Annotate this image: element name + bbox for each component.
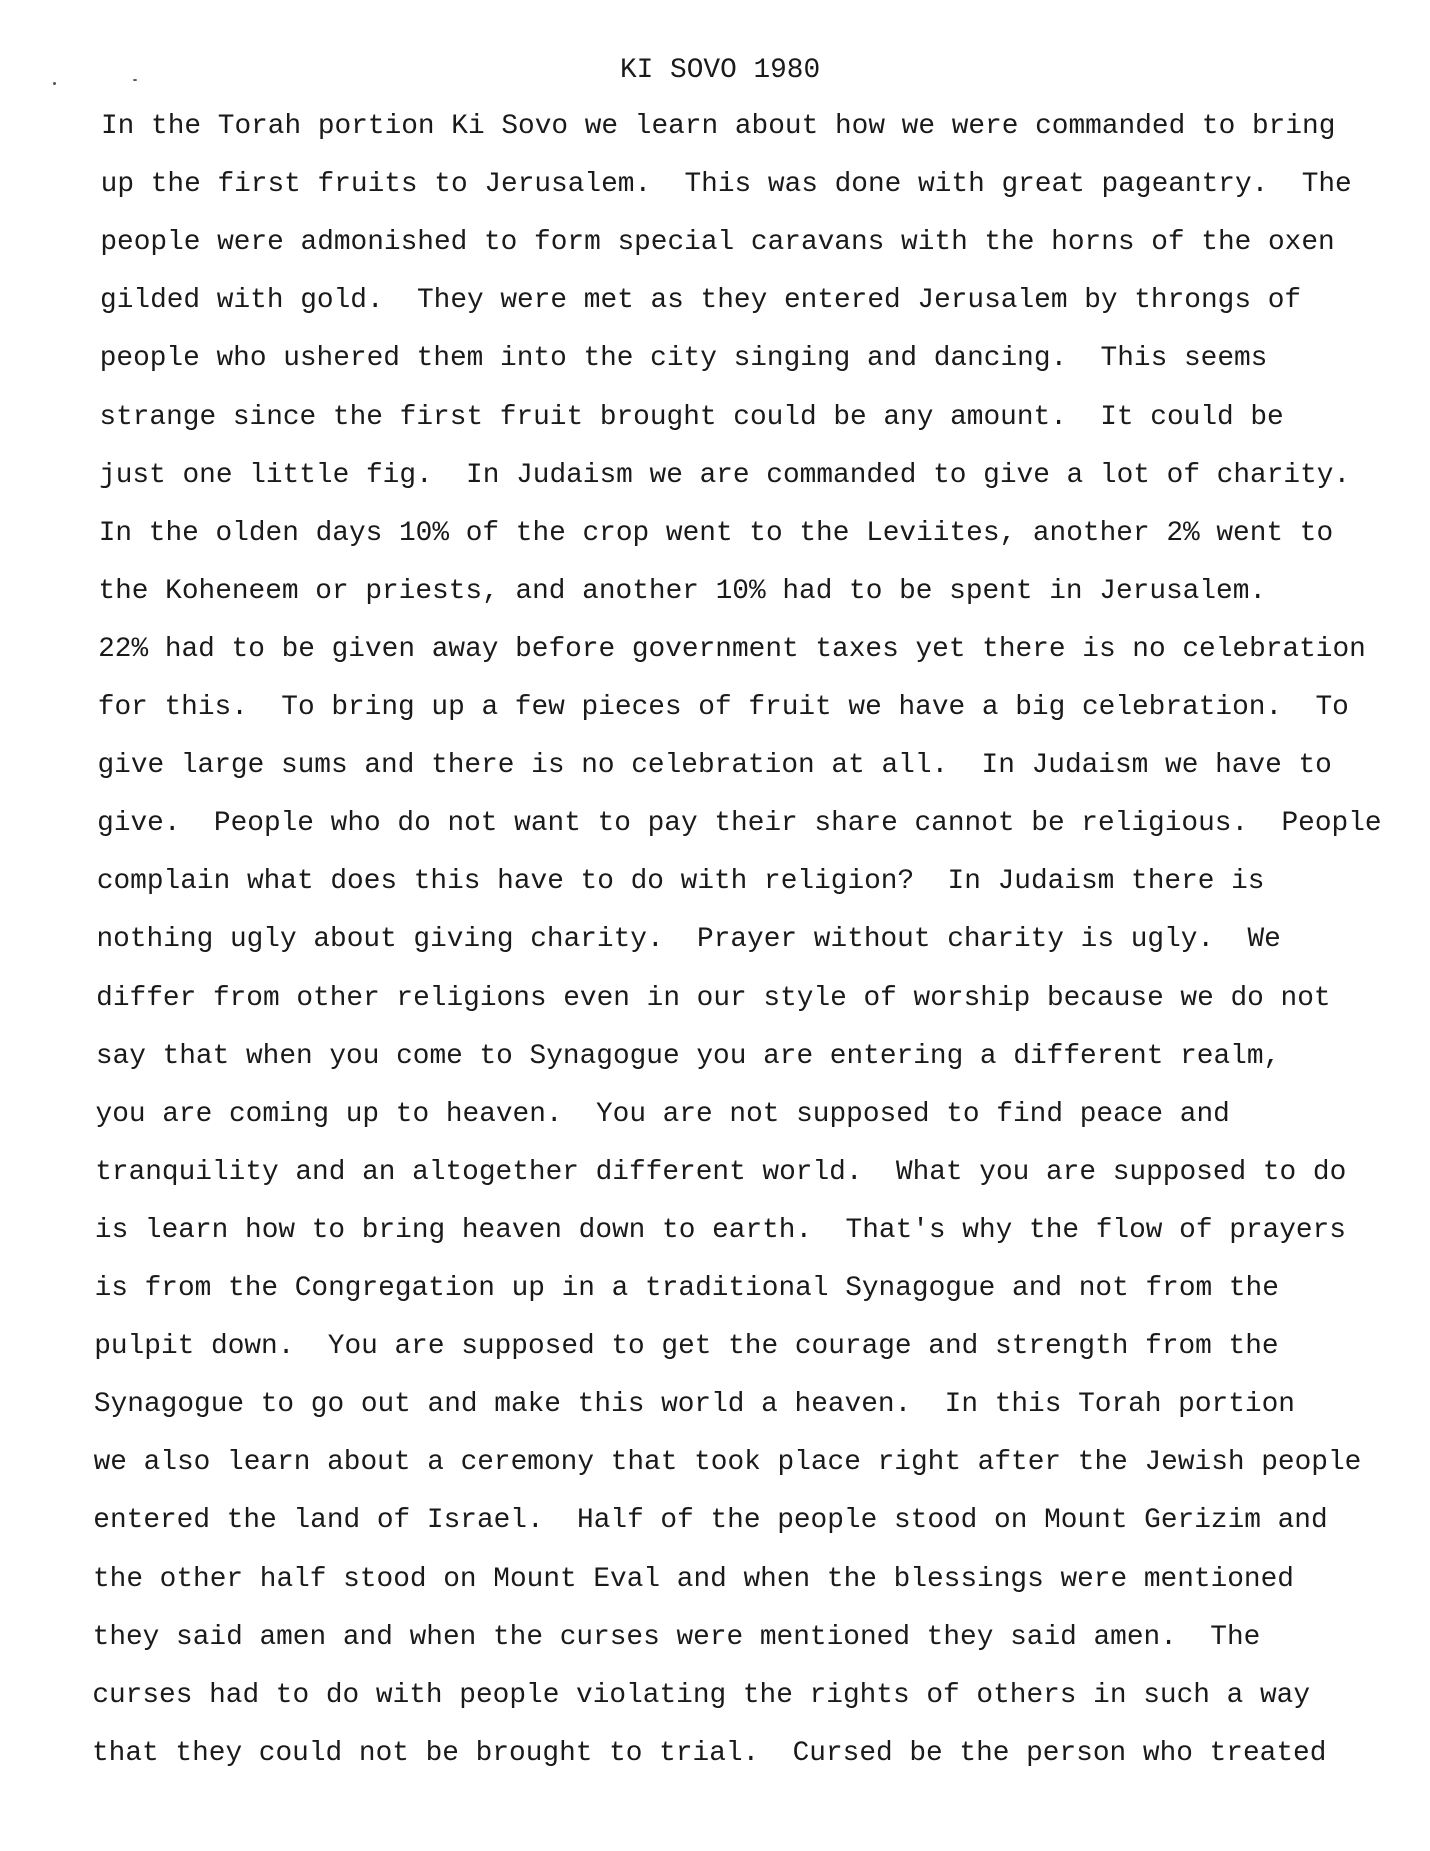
- text-line: gilded with gold. They were met as they …: [100, 287, 1301, 315]
- text-line: just one little fig. In Judaism we are c…: [99, 462, 1350, 490]
- text-line: say that when you come to Synagogue you …: [96, 1043, 1280, 1071]
- text-line: that they could not be brought to trial.…: [92, 1740, 1326, 1768]
- text-line: for this. To bring up a few pieces of fr…: [98, 694, 1349, 722]
- text-line: entered the land of Israel. Half of the …: [93, 1507, 1327, 1535]
- text-line: complain what does this have to do with …: [97, 868, 1265, 896]
- text-line: 22% had to be given away before governme…: [98, 636, 1366, 664]
- text-line: the Koheneem or priests, and another 10%…: [98, 578, 1266, 606]
- text-line: the other half stood on Mount Eval and w…: [93, 1566, 1294, 1594]
- text-line: give large sums and there is no celebrat…: [97, 752, 1331, 780]
- text-line: Synagogue to go out and make this world …: [94, 1391, 1295, 1419]
- page-title: KI SOVO 1980: [620, 57, 820, 85]
- document-page: KI SOVO 1980 In the Torah portion Ki Sov…: [0, 0, 1430, 1851]
- text-line: up the first fruits to Jerusalem. This w…: [101, 171, 1352, 199]
- text-line: is learn how to bring heaven down to ear…: [95, 1217, 1346, 1245]
- text-line: tranquility and an altogether different …: [95, 1159, 1346, 1187]
- text-line: is from the Congregation up in a traditi…: [95, 1275, 1279, 1303]
- text-line: we also learn about a ceremony that took…: [94, 1449, 1362, 1477]
- text-line: nothing ugly about giving charity. Praye…: [97, 926, 1281, 954]
- text-line: they said amen and when the curses were …: [93, 1624, 1261, 1652]
- text-line: people who ushered them into the city si…: [100, 345, 1268, 373]
- text-line: strange since the first fruit brought co…: [99, 404, 1283, 432]
- text-line: people were admonished to form special c…: [100, 229, 1334, 257]
- scan-speck: [133, 79, 137, 81]
- text-line: curses had to do with people violating t…: [92, 1682, 1310, 1710]
- text-line: In the Torah portion Ki Sovo we learn ab…: [101, 113, 1335, 141]
- text-line: you are coming up to heaven. You are not…: [96, 1101, 1230, 1129]
- text-line: In the olden days 10% of the crop went t…: [99, 520, 1333, 548]
- text-line: differ from other religions even in our …: [96, 985, 1330, 1013]
- text-line: pulpit down. You are supposed to get the…: [94, 1333, 1278, 1361]
- text-line: give. People who do not want to pay thei…: [97, 810, 1381, 838]
- scan-speck: [53, 82, 56, 85]
